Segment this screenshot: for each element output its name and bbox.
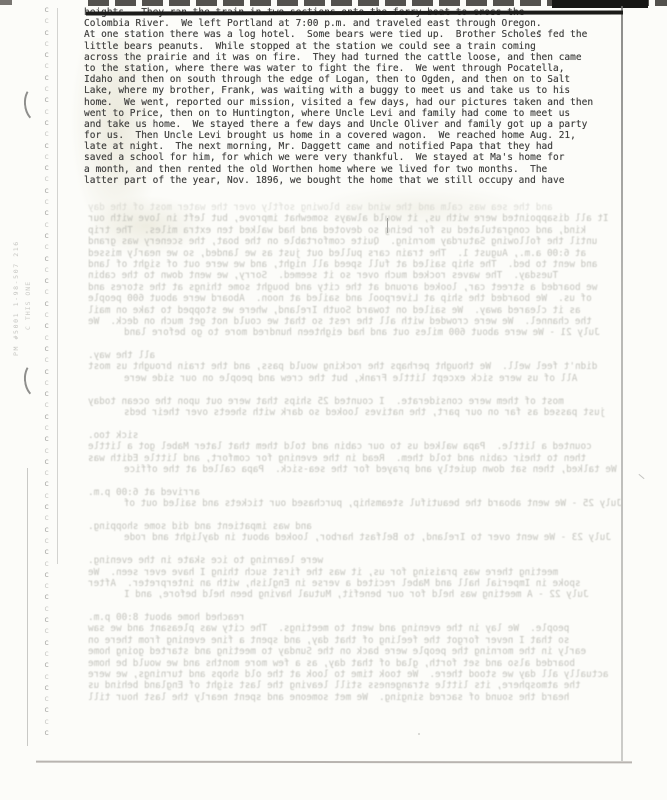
- bleedthrough-line: we boarded a street car, looked around a…: [88, 282, 622, 293]
- perforation-edge: ɔɔɔɔɔɔɔɔɔɔɔɔɔɔɔɔɔɔɔɔɔɔɔɔɔɔɔɔɔɔɔɔɔɔɔɔɔɔɔɔ…: [33, 4, 49, 738]
- perforation-mark: ɔ: [33, 388, 49, 399]
- redaction-strike-line: [86, 10, 623, 15]
- perforation-mark: ɔ: [33, 60, 49, 71]
- perforation-mark: ɔ: [33, 27, 49, 38]
- bleedthrough-line: sick too.: [88, 430, 622, 441]
- bleedthrough-line: [88, 601, 622, 612]
- typed-line: Lake, where my brother, Frank, was waiti…: [84, 85, 624, 96]
- bleedthrough-line: We talked, then sat down quietly and pra…: [88, 464, 622, 475]
- perforation-mark: ɔ: [33, 411, 49, 422]
- bleedthrough-line: all the way.: [88, 350, 622, 361]
- typed-line: across the prairie and it was on fire. T…: [84, 52, 624, 63]
- bleedthrough-line: and went to bed. The ship sailed at full…: [88, 259, 622, 270]
- perforation-mark: ɔ: [33, 625, 49, 636]
- perforation-mark: ɔ: [33, 671, 49, 682]
- bleedthrough-line: just passed as far on our part, the nati…: [88, 407, 622, 418]
- perforation-mark: ɔ: [33, 162, 49, 173]
- perforation-mark: ɔ: [33, 354, 49, 365]
- bleedthrough-line: most of them were considerate. I counted…: [88, 396, 622, 407]
- perforation-mark: ɔ: [33, 4, 49, 15]
- perforation-mark: ɔ: [33, 659, 49, 670]
- perforation-mark: ɔ: [33, 94, 49, 105]
- bleedthrough-line: people. We lay in the evening and went t…: [88, 623, 622, 634]
- bleedthrough-line: July 21 - We were about 600 miles out an…: [88, 327, 622, 338]
- perforation-mark: ɔ: [33, 173, 49, 184]
- bleedthrough-line: arrived at 6:00 p.m.: [88, 487, 622, 498]
- perforation-mark: ɔ: [33, 207, 49, 218]
- perforation-mark: ɔ: [33, 275, 49, 286]
- bleedthrough-line: counted a little. Papa walked us to our …: [88, 441, 622, 452]
- perforation-mark: ɔ: [33, 693, 49, 704]
- perforation-mark: ɔ: [33, 433, 49, 444]
- microfilm-margin-label: C THIS ONE: [24, 281, 32, 330]
- perforation-mark: ɔ: [33, 366, 49, 377]
- bleedthrough-line: meeting there was praising for us, it wa…: [88, 567, 622, 578]
- bleedthrough-line: the atmosphere, its little strangeness s…: [88, 680, 622, 691]
- perforation-mark: ɔ: [33, 185, 49, 196]
- typed-line: At one station there was a log hotel. So…: [84, 29, 624, 40]
- bleedthrough-line: then to their cabin and told them. Read …: [88, 453, 622, 464]
- film-edge-top-left-mark: [0, 0, 12, 5]
- perforation-mark: ɔ: [33, 151, 49, 162]
- bleedthrough-text: and the sea was calm and the wind was bl…: [88, 202, 622, 703]
- perforation-mark: ɔ: [33, 309, 49, 320]
- bleedthrough-line: [88, 384, 622, 395]
- bleedthrough-line: [88, 339, 622, 350]
- typed-line: Colombia River. We left Portland at 7:00…: [84, 18, 624, 29]
- perforation-mark: ɔ: [33, 83, 49, 94]
- bleedthrough-line: and was impatient and did some shopping.: [88, 521, 622, 532]
- perforation-mark: ɔ: [33, 569, 49, 580]
- bleedthrough-line: reached home about 8:00 p.m.: [88, 612, 622, 623]
- typed-line: and take us home. We stayed there a few …: [84, 119, 624, 130]
- perforation-mark: ɔ: [33, 264, 49, 275]
- perforation-mark: ɔ: [33, 614, 49, 625]
- perforation-mark: ɔ: [33, 558, 49, 569]
- bleedthrough-line: early in the morning the people were bac…: [88, 646, 622, 657]
- perforation-mark: ɔ: [33, 490, 49, 501]
- scanned-document-page: { "document": { "typed_text": { "lines":…: [0, 0, 667, 800]
- perforation-mark: ɔ: [33, 716, 49, 727]
- bleedthrough-line: until the following Saturday morning. Qu…: [88, 236, 622, 247]
- perforation-mark: ɔ: [33, 591, 49, 602]
- perforation-mark: ɔ: [33, 456, 49, 467]
- page-left-edge-line: [57, 8, 58, 564]
- perforation-mark: ɔ: [33, 377, 49, 388]
- perforation-mark: ɔ: [33, 72, 49, 83]
- bleedthrough-line: of us. We boarded the ship at Liverpool …: [88, 293, 622, 304]
- perforation-mark: ɔ: [33, 512, 49, 523]
- typed-line: saved a school for him, for which we wer…: [84, 152, 624, 163]
- bleedthrough-line: boarded also and set forth, glad of that…: [88, 658, 622, 669]
- bleedthrough-line: and the sea was calm and the wind was bl…: [88, 202, 622, 213]
- perforation-mark: ɔ: [33, 704, 49, 715]
- perforation-mark: ɔ: [33, 727, 49, 738]
- perforation-mark: ɔ: [33, 15, 49, 26]
- perforation-mark: ɔ: [33, 648, 49, 659]
- perforation-mark: ɔ: [33, 117, 49, 128]
- perforation-mark: ɔ: [33, 422, 49, 433]
- perforation-mark: ɔ: [33, 332, 49, 343]
- scan-speck: [418, 733, 420, 735]
- perforation-mark: ɔ: [33, 445, 49, 456]
- perforation-mark: ɔ: [33, 241, 49, 252]
- typed-line: Idaho and then on south through the edge…: [84, 74, 624, 85]
- perforation-mark: ɔ: [33, 49, 49, 60]
- bleedthrough-line: kind, and congratulated us for being so …: [88, 225, 622, 236]
- typed-line: went to Price, then on to Huntington, wh…: [84, 108, 624, 119]
- bleedthrough-line: actually all day we stood there. We took…: [88, 669, 622, 680]
- bleedthrough-line: Tuesday. The waves rocked much over so i…: [88, 270, 622, 281]
- perforation-mark: ɔ: [33, 128, 49, 139]
- perforation-mark: ɔ: [33, 286, 49, 297]
- bleedthrough-line: [88, 544, 622, 555]
- perforation-mark: ɔ: [33, 253, 49, 264]
- perforation-mark: ɔ: [33, 140, 49, 151]
- perforation-mark: ɔ: [33, 467, 49, 478]
- bleedthrough-line: [88, 475, 622, 486]
- perforation-mark: ɔ: [33, 343, 49, 354]
- bleedthrough-line: July 25 - We went aboard the beautiful s…: [88, 498, 622, 509]
- perforation-mark: ɔ: [33, 535, 49, 546]
- bleedthrough-line: [88, 418, 622, 429]
- perforation-mark: ɔ: [33, 580, 49, 591]
- perforation-mark: ɔ: [33, 399, 49, 410]
- bleedthrough-line: It all disappointed were with us, it wou…: [88, 213, 622, 224]
- perforation-mark: ɔ: [33, 196, 49, 207]
- perforation-mark: ɔ: [33, 637, 49, 648]
- typed-paragraph: heights. They ran the train in two secti…: [84, 7, 624, 186]
- perforation-mark: ɔ: [33, 230, 49, 241]
- typed-line: for us. Then Uncle Levi brought us home …: [84, 130, 624, 141]
- bleedthrough-line: All of us were sick except little Frank,…: [88, 373, 622, 384]
- perforation-mark: ɔ: [33, 603, 49, 614]
- bleedthrough-line: didn't feel well. We thought perhaps the…: [88, 361, 622, 372]
- binder-edge-line: [27, 468, 28, 746]
- typed-line: to the station, where there was water to…: [84, 63, 624, 74]
- bleedthrough-line: at 6:00 a.m., August 1. The train cars p…: [88, 248, 622, 259]
- bleedthrough-line: so that I never forgot the feeling of th…: [88, 635, 622, 646]
- perforation-mark: ɔ: [33, 546, 49, 557]
- perforation-mark: ɔ: [33, 524, 49, 535]
- typed-line: home. We went, reported our mission, vis…: [84, 97, 624, 108]
- perforation-mark: ɔ: [33, 682, 49, 693]
- typed-line: a month, and then rented the old Worthen…: [84, 164, 624, 175]
- bleedthrough-line: spoke in Imperial hall and Mabel recited…: [88, 578, 622, 589]
- bleedthrough-line: [88, 510, 622, 521]
- perforation-mark: ɔ: [33, 298, 49, 309]
- bleedthrough-line: heard the sound of sacred singing. We me…: [88, 692, 622, 703]
- bleedthrough-line: July 22 - A meeting was held for our ben…: [88, 589, 622, 600]
- typed-line: late at night. The next morning, Mr. Dag…: [84, 141, 624, 152]
- microfilm-margin-label: PM #5001 1-98-507 216: [12, 240, 20, 356]
- typed-line: latter part of the year, Nov. 1896, we b…: [84, 175, 624, 186]
- perforation-mark: ɔ: [33, 219, 49, 230]
- perforation-mark: ɔ: [33, 38, 49, 49]
- perforation-mark: ɔ: [33, 478, 49, 489]
- bleedthrough-line: were learning to ice skate in the evenin…: [88, 555, 622, 566]
- perforation-mark: ɔ: [33, 320, 49, 331]
- perforation-mark: ɔ: [33, 106, 49, 117]
- bleedthrough-line: the channel. We were crowded with all th…: [88, 316, 622, 327]
- bleedthrough-line: as it cleared away. We sailed on toward …: [88, 305, 622, 316]
- typed-line: little bears peanuts. While stopped at t…: [84, 41, 624, 52]
- perforation-mark: ɔ: [33, 501, 49, 512]
- bleedthrough-line: July 23 - We went over to Ireland, to Be…: [88, 532, 622, 543]
